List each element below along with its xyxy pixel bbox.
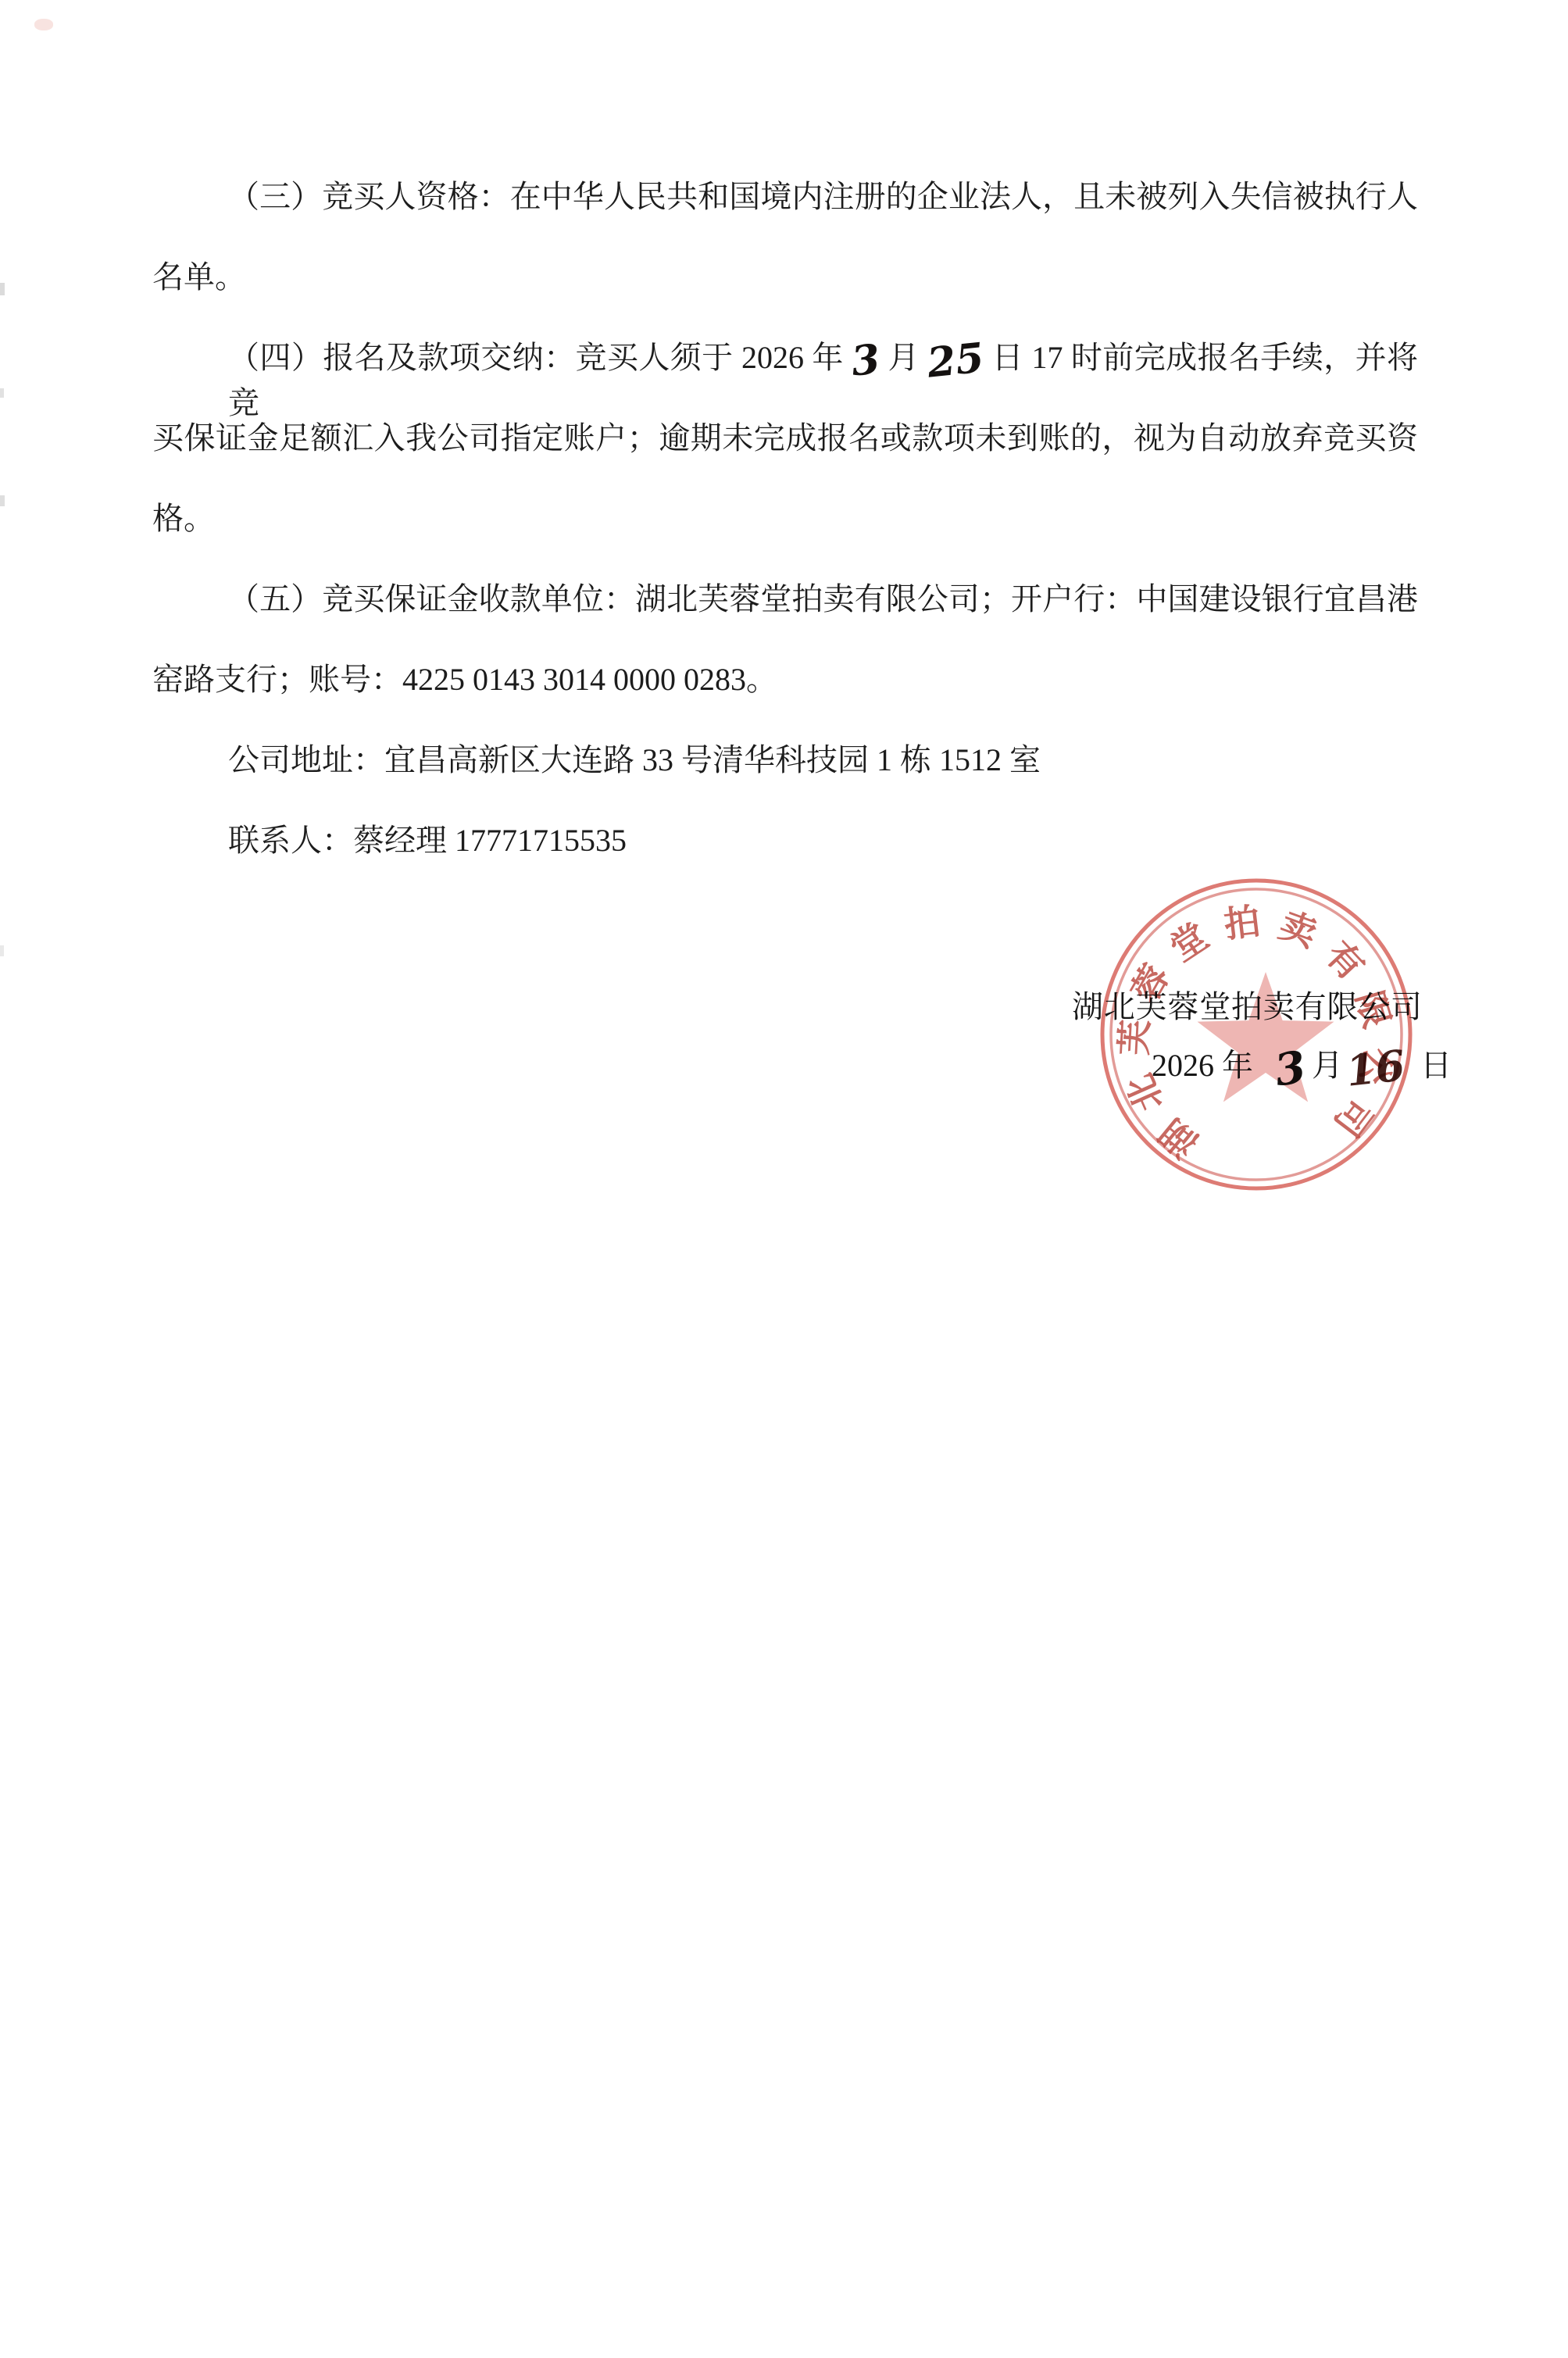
handwritten-month-numeral: 3 (849, 339, 881, 382)
clause-3-bidder-qualification-line-1: （三）竞买人资格：在中华人民共和国境内注册的企业法人，且未被列入失信被执行人 (152, 175, 1418, 219)
clause-4-registration-payment-line-3: 格。 (152, 497, 1418, 541)
scan-artifact-left-edge (0, 283, 5, 295)
clause-4-registration-payment-line-1: （四）报名及款项交纳：竞买人须于 2026 年3月25日 17 时前完成报名手续… (152, 336, 1418, 425)
scan-artifact-left-edge (0, 945, 4, 956)
clause-5-deposit-payee-line-1: （五）竞买保证金收款单位：湖北芙蓉堂拍卖有限公司；开户行：中国建设银行宜昌港 (152, 577, 1418, 621)
signature-date-day-label: 日 (1420, 1048, 1452, 1083)
scan-artifact-left-edge (0, 388, 4, 398)
clause-5-deposit-payee-line-2: 窑路支行；账号：4225 0143 3014 0000 0283。 (152, 658, 1418, 702)
scan-artifact-left-edge (0, 495, 5, 506)
clause-3-bidder-qualification-line-2: 名单。 (152, 255, 1418, 299)
company-address-line: 公司地址：宜昌高新区大连路 33 号清华科技园 1 栋 1512 室 (152, 738, 1418, 782)
clause-4-text-segment-2: 月 (888, 340, 920, 375)
document-page: （三）竞买人资格：在中华人民共和国境内注册的企业法人，且未被列入失信被执行人 名… (0, 0, 1568, 2358)
clause-4-registration-payment-line-2: 买保证金足额汇入我公司指定账户；逾期未完成报名或款项未到账的，视为自动放弃竞买资 (152, 416, 1418, 460)
handwritten-day-numeral: 25 (925, 338, 985, 384)
company-seal: 湖北芙蓉堂拍卖有限公司 (1100, 878, 1413, 1191)
clause-4-text-segment-1: （四）报名及款项交纳：竞买人须于 2026 年 (228, 340, 844, 375)
seal-star-icon (1198, 972, 1334, 1102)
scan-artifact-top-left (34, 19, 53, 30)
contact-person-line: 联系人：蔡经理 17771715535 (152, 819, 1418, 863)
